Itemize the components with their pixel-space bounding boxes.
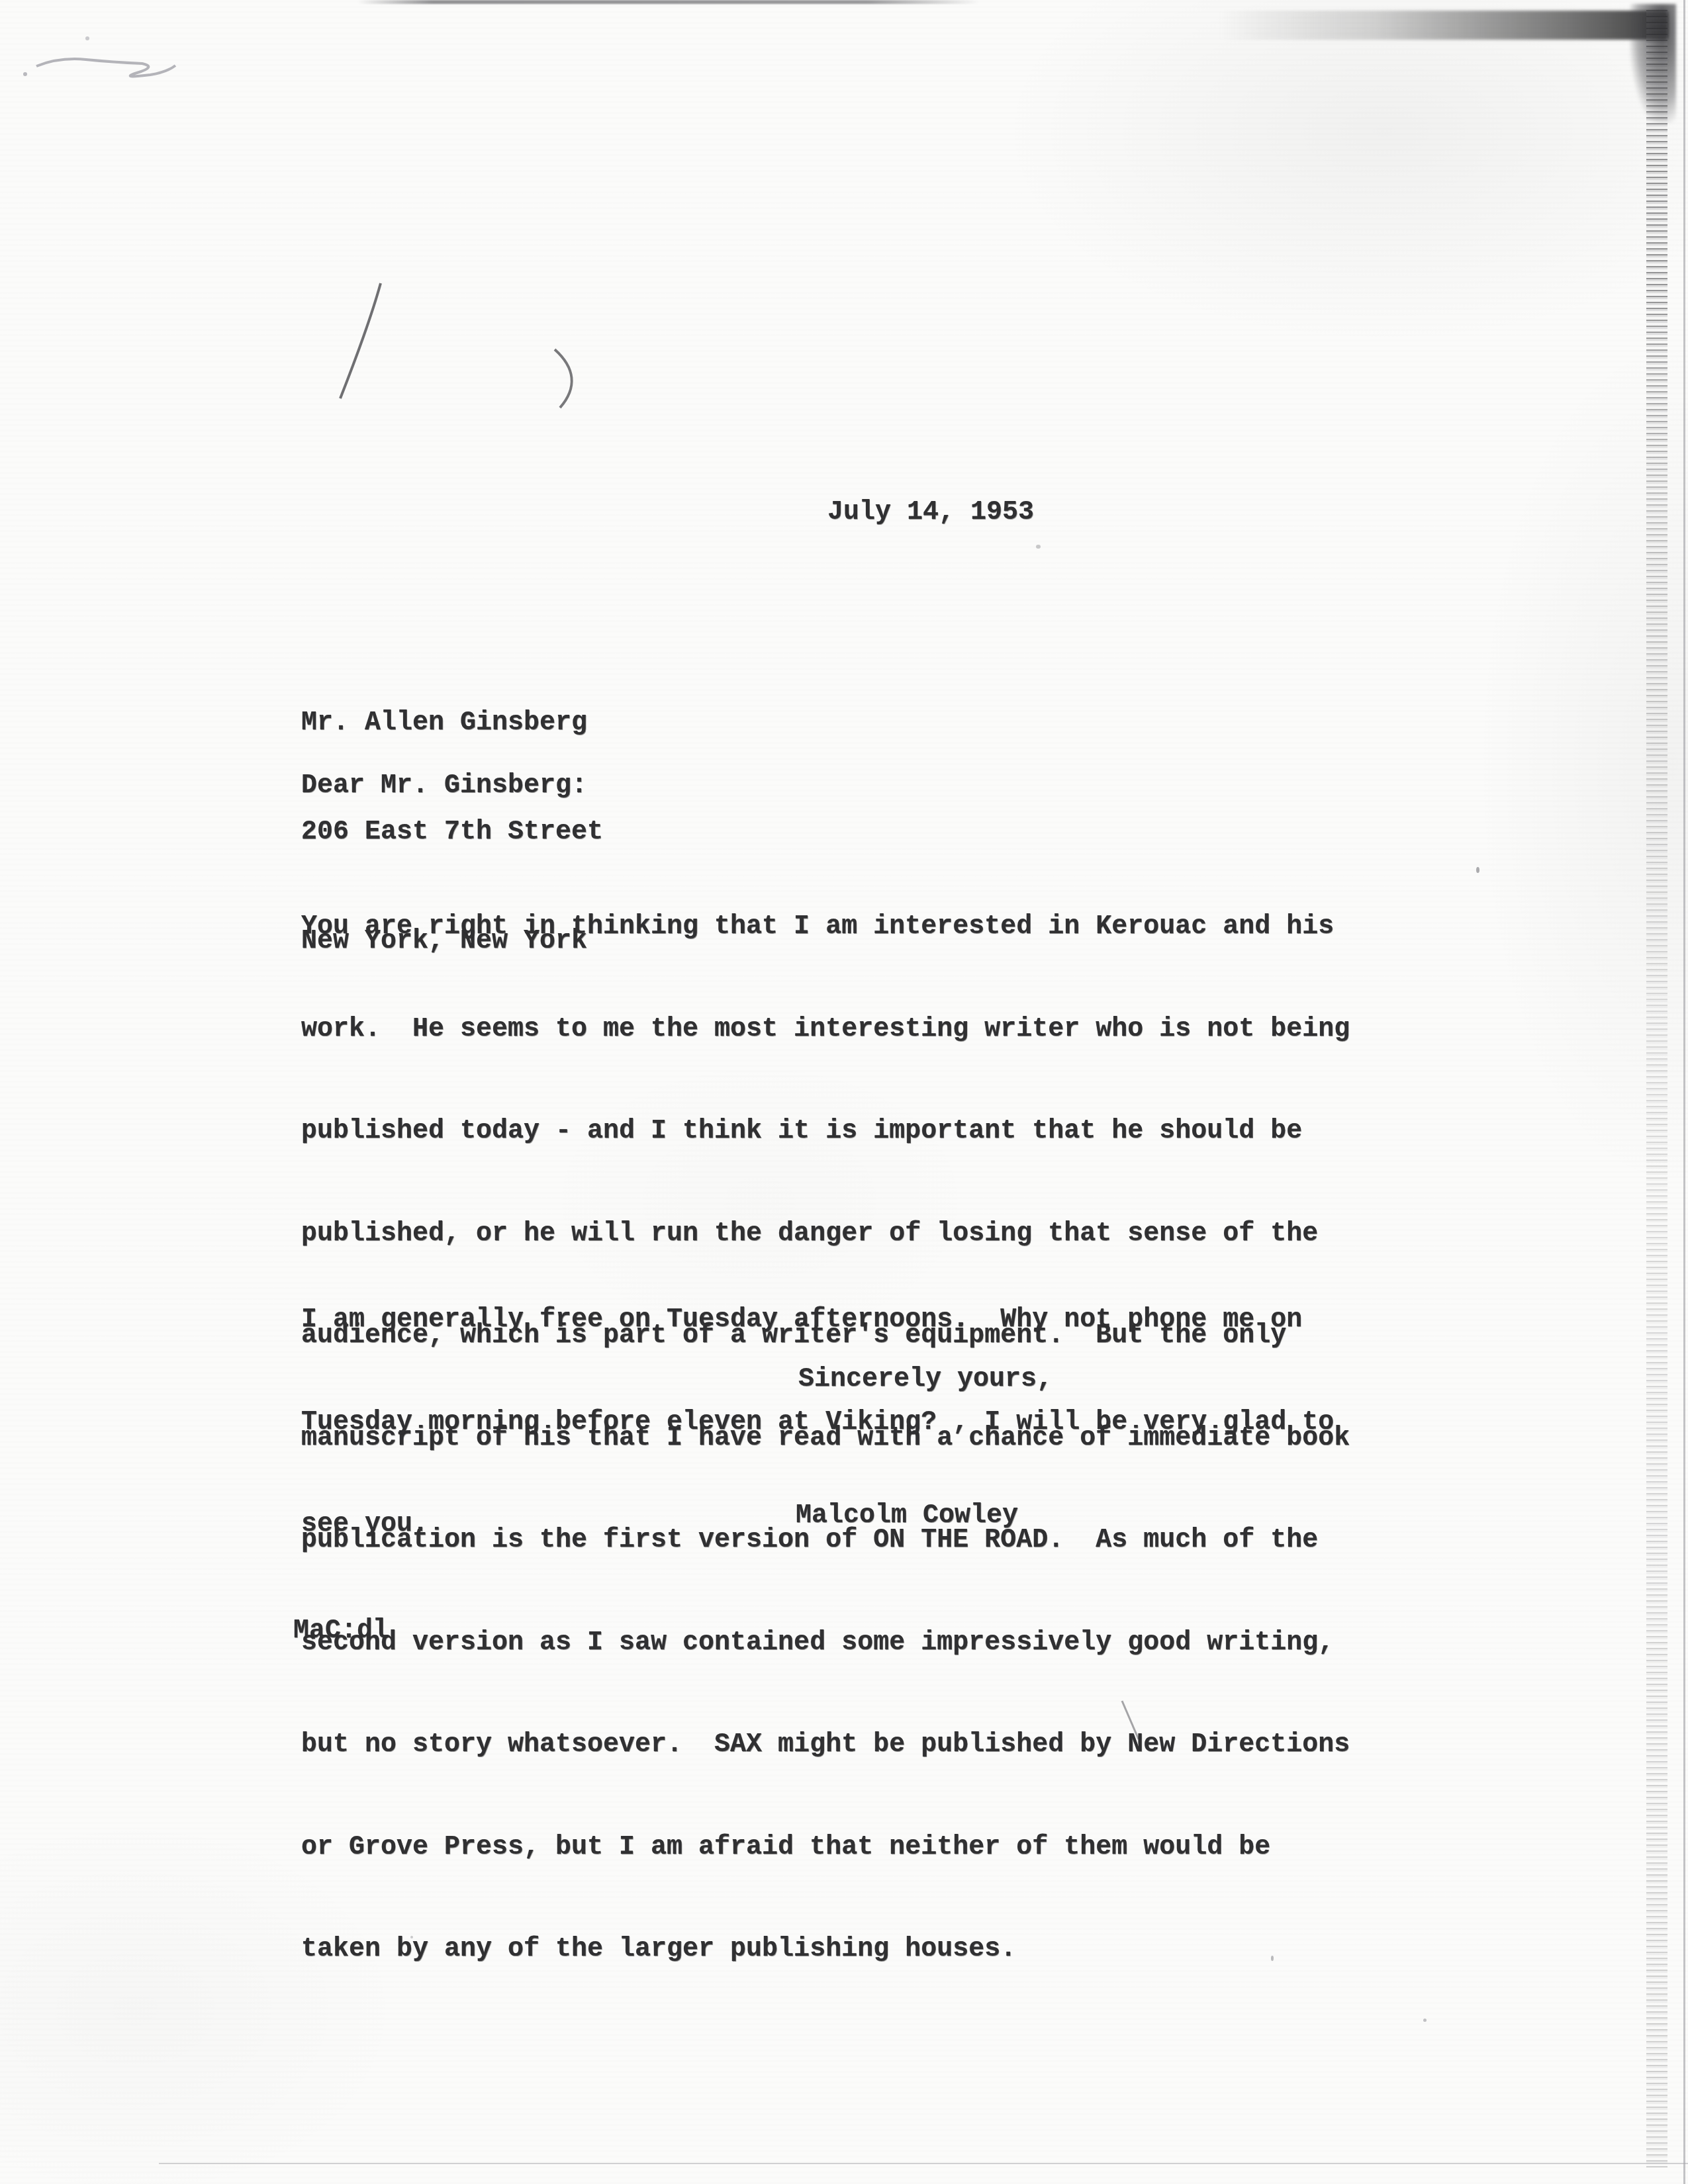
pencil-dot [85, 36, 89, 40]
scan-speck [1476, 867, 1479, 873]
body-line: work. He seems to me the most interestin… [301, 1013, 1350, 1047]
body-line: Tuesday morning before eleven at Viking?… [301, 1406, 1334, 1440]
scan-speck [1036, 545, 1041, 549]
pencil-scribble-icon [36, 59, 175, 76]
typist-initials: MaC:dl [293, 1616, 389, 1646]
body-line: You are right in thinking that I am inte… [301, 910, 1350, 944]
body-line: I am generally free on Tuesday afternoon… [301, 1303, 1334, 1338]
recipient-name: Mr. Allen Ginsberg [301, 705, 603, 741]
stray-slash-mark-icon [340, 283, 381, 398]
scan-speck [1423, 2019, 1427, 2022]
salutation: Dear Mr. Ginsberg: [301, 768, 587, 804]
body-paragraph-2: I am generally free on Tuesday afternoon… [301, 1235, 1334, 1610]
body-line: taken by any of the larger publishing ho… [301, 1933, 1350, 1967]
body-line: second version as I saw contained some i… [301, 1626, 1350, 1661]
body-line: or Grove Press, but I am afraid that nei… [301, 1831, 1350, 1865]
letter-page: July 14, 1953 Mr. Allen Ginsberg 206 Eas… [0, 0, 1688, 2184]
signature-name: Malcolm Cowley [796, 1501, 1018, 1531]
closing: Sincerely yours, [798, 1365, 1053, 1394]
letter-date: July 14, 1953 [827, 498, 1034, 527]
body-line: published today - and I think it is impo… [301, 1115, 1350, 1149]
pencil-dot [23, 72, 27, 76]
body-line: but no story whatsoever. SAX might be pu… [301, 1728, 1350, 1762]
stray-paren-mark-icon [555, 349, 572, 408]
